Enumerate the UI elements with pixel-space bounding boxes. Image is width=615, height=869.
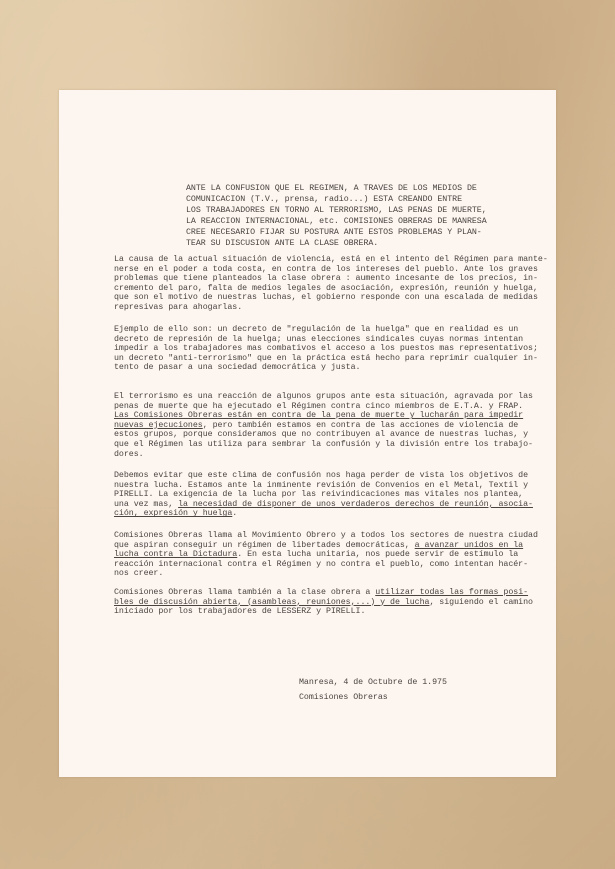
- place-date: Manresa, 4 de Octubre de 1.975: [299, 678, 447, 687]
- text-line: problemas que tiene planteados la clase …: [114, 274, 538, 283]
- paragraph-call-to-working-class: Comisiones Obreras llama también a la cl…: [114, 588, 534, 617]
- underlined-text: Las Comisiones Obreras están en contra d…: [114, 411, 523, 420]
- text-line: , pero también estamos en contra de las …: [203, 421, 518, 430]
- text-line: La causa de la actual situación de viole…: [114, 255, 548, 264]
- paragraph-causes-of-violence: La causa de la actual situación de viole…: [114, 255, 534, 313]
- header-line: ANTE LA CONFUSION QUE EL REGIMEN, A TRAV…: [186, 184, 477, 193]
- text-line: penas de muerte que ha ejecutado el Régi…: [114, 402, 523, 411]
- paragraph-call-to-movement: Comisiones Obreras llama al Movimiento O…: [114, 531, 534, 579]
- header-line: LOS TRABAJADORES EN TORNO AL TERRORISMO,…: [186, 206, 487, 215]
- header-line: LA REACCION INTERNACIONAL, etc. COMISION…: [186, 217, 487, 226]
- text-line: un decreto "anti-terrorismo" que en la p…: [114, 354, 538, 363]
- underlined-text: a avanzar unidos en la: [415, 541, 523, 550]
- text-line: que aspiran conseguir un régimen de libe…: [114, 541, 415, 550]
- signature-block: Manresa, 4 de Octubre de 1.975 Comisione…: [299, 675, 447, 705]
- text-line: dores.: [114, 450, 144, 459]
- text-line: El terrorismo es una reacción de algunos…: [114, 392, 533, 401]
- text-line: que son el motivo de nuestras luchas, el…: [114, 293, 538, 302]
- text-line: nerse en el poder a toda costa, en contr…: [114, 265, 538, 274]
- underlined-text: lucha contra la Dictadura: [114, 550, 237, 559]
- text-line: reacción internacional contra el Régimen…: [114, 560, 528, 569]
- header-line: CREE NECESARIO FIJAR SU POSTURA ANTE EST…: [186, 228, 482, 237]
- text-line: .: [232, 509, 237, 518]
- text-line: Comisiones Obreras llama también a la cl…: [114, 588, 375, 597]
- text-line: represivas para ahogarlas.: [114, 303, 242, 312]
- text-line: nos creer.: [114, 569, 163, 578]
- text-line: Debemos evitar que este clima de confusi…: [114, 471, 528, 480]
- text-line: una vez mas,: [114, 500, 178, 509]
- paragraph-terrorism: El terrorismo es una reacción de algunos…: [114, 392, 534, 459]
- paragraph-avoid-confusion: Debemos evitar que este clima de confusi…: [114, 471, 534, 519]
- text-line: nuestra lucha. Estamos ante la inminente…: [114, 481, 528, 490]
- underlined-text: bles de discusión abierta, (asambleas, r…: [114, 598, 429, 607]
- text-line: Comisiones Obreras llama al Movimiento O…: [114, 531, 538, 540]
- underlined-text: ción, expresión y huelga: [114, 509, 232, 518]
- text-line: PIRELLI. La exigencia de la lucha por la…: [114, 490, 523, 499]
- text-line: que el Régimen las utiliza para sembrar …: [114, 440, 533, 449]
- text-line: . En esta lucha unitaria, nos puede serv…: [237, 550, 518, 559]
- text-line: iniciado por los trabajadores de LESSERZ…: [114, 607, 365, 616]
- document-header: ANTE LA CONFUSION QUE EL REGIMEN, A TRAV…: [186, 183, 487, 250]
- text-line: tento de pasar a una sociedad democrátic…: [114, 363, 360, 372]
- text-line: decreto de represión de la huelga; unas …: [114, 335, 523, 344]
- text-line: Ejemplo de ello son: un decreto de "regu…: [114, 325, 518, 334]
- text-line: cremento del paro, falta de medios legal…: [114, 284, 538, 293]
- text-line: estos grupos, porque consideramos que no…: [114, 430, 528, 439]
- header-line: COMUNICACION (T.V., prensa, radio...) ES…: [186, 195, 462, 204]
- paragraph-examples-decrees: Ejemplo de ello son: un decreto de "regu…: [114, 325, 534, 373]
- typewritten-document-page: ANTE LA CONFUSION QUE EL REGIMEN, A TRAV…: [59, 90, 556, 777]
- underlined-text: la necesidad de disponer de unos verdade…: [178, 500, 533, 509]
- signatory: Comisiones Obreras: [299, 693, 388, 702]
- underlined-text: utilizar todas las formas posi-: [375, 588, 528, 597]
- text-line: impedir a los trabajadores mas combativo…: [114, 344, 538, 353]
- header-line: TEAR SU DISCUSION ANTE LA CLASE OBRERA.: [186, 239, 378, 248]
- underlined-text: nuevas ejecuciones: [114, 421, 203, 430]
- text-line: , siguiendo el camino: [429, 598, 533, 607]
